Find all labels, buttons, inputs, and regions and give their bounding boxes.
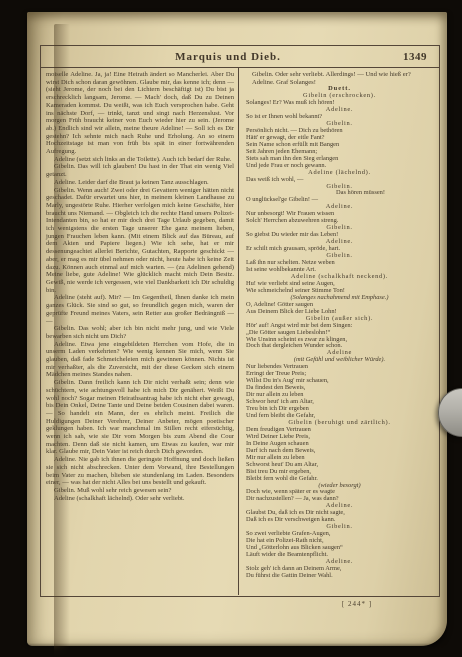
signature-mark: [ 244* ] bbox=[267, 600, 447, 608]
dialogue-paragraph: Gibelin. Das wohl; aber ich bin nicht me… bbox=[46, 325, 234, 340]
dialogue-paragraph: Gibelin. Wenn auch! Zwei oder drei Gevat… bbox=[46, 187, 234, 295]
page-title: Marquis und Dieb. bbox=[53, 51, 403, 63]
dialogue-paragraph: Gibelin. Das will ich glauben! Du hast i… bbox=[46, 163, 234, 178]
book-page: Marquis und Dieb. 1349 moiselle Adeline.… bbox=[27, 12, 447, 646]
print-area: Marquis und Dieb. 1349 moiselle Adeline.… bbox=[40, 45, 440, 597]
dialogue-paragraph: Gibelin. Dann freilich kann ich Dir nich… bbox=[46, 379, 234, 456]
dialogue-paragraph: Adeline. Leider darf die Braut ja keinen… bbox=[46, 179, 234, 187]
dialogue-paragraph: Gibelin. Oder sehr verliebt. Allerdings!… bbox=[244, 71, 435, 79]
left-column: moiselle Adeline. Ja, ja! Eine Heirath ä… bbox=[41, 68, 238, 595]
running-header: Marquis und Dieb. 1349 bbox=[41, 46, 439, 68]
verse-line: Du führst die Gattin Deiner Wahl. bbox=[244, 573, 435, 580]
dialogue-paragraph: Gibelin. Muß wohl sehr reich gewesen sei… bbox=[46, 487, 234, 495]
dialogue-paragraph: moiselle Adeline. Ja, ja! Eine Heirath ä… bbox=[46, 71, 234, 156]
dialogue-paragraph: Adeline. Nie gab ich ihnen die geringste… bbox=[46, 456, 234, 487]
dialogue-paragraph: Adeline (setzt sich links an die Toilett… bbox=[46, 156, 234, 164]
page-number: 1349 bbox=[403, 51, 427, 63]
dialogue-paragraph: Adeline. Etwa jene eingebildeten Herrche… bbox=[46, 341, 234, 380]
text-columns: moiselle Adeline. Ja, ja! Eine Heirath ä… bbox=[41, 68, 439, 595]
book-scan: { "colors": { "paper": "#e2d5ad", "ink":… bbox=[0, 0, 462, 657]
dialogue-paragraph: Adeline (schalkhaft lächelnd). Oder sehr… bbox=[46, 495, 234, 503]
bottom-page-edge bbox=[0, 643, 462, 657]
right-column: Gibelin. Oder sehr verliebt. Allerdings!… bbox=[238, 68, 439, 595]
dialogue-paragraph: Adeline (steht auf). Mir? — Im Gegenthei… bbox=[46, 294, 234, 325]
